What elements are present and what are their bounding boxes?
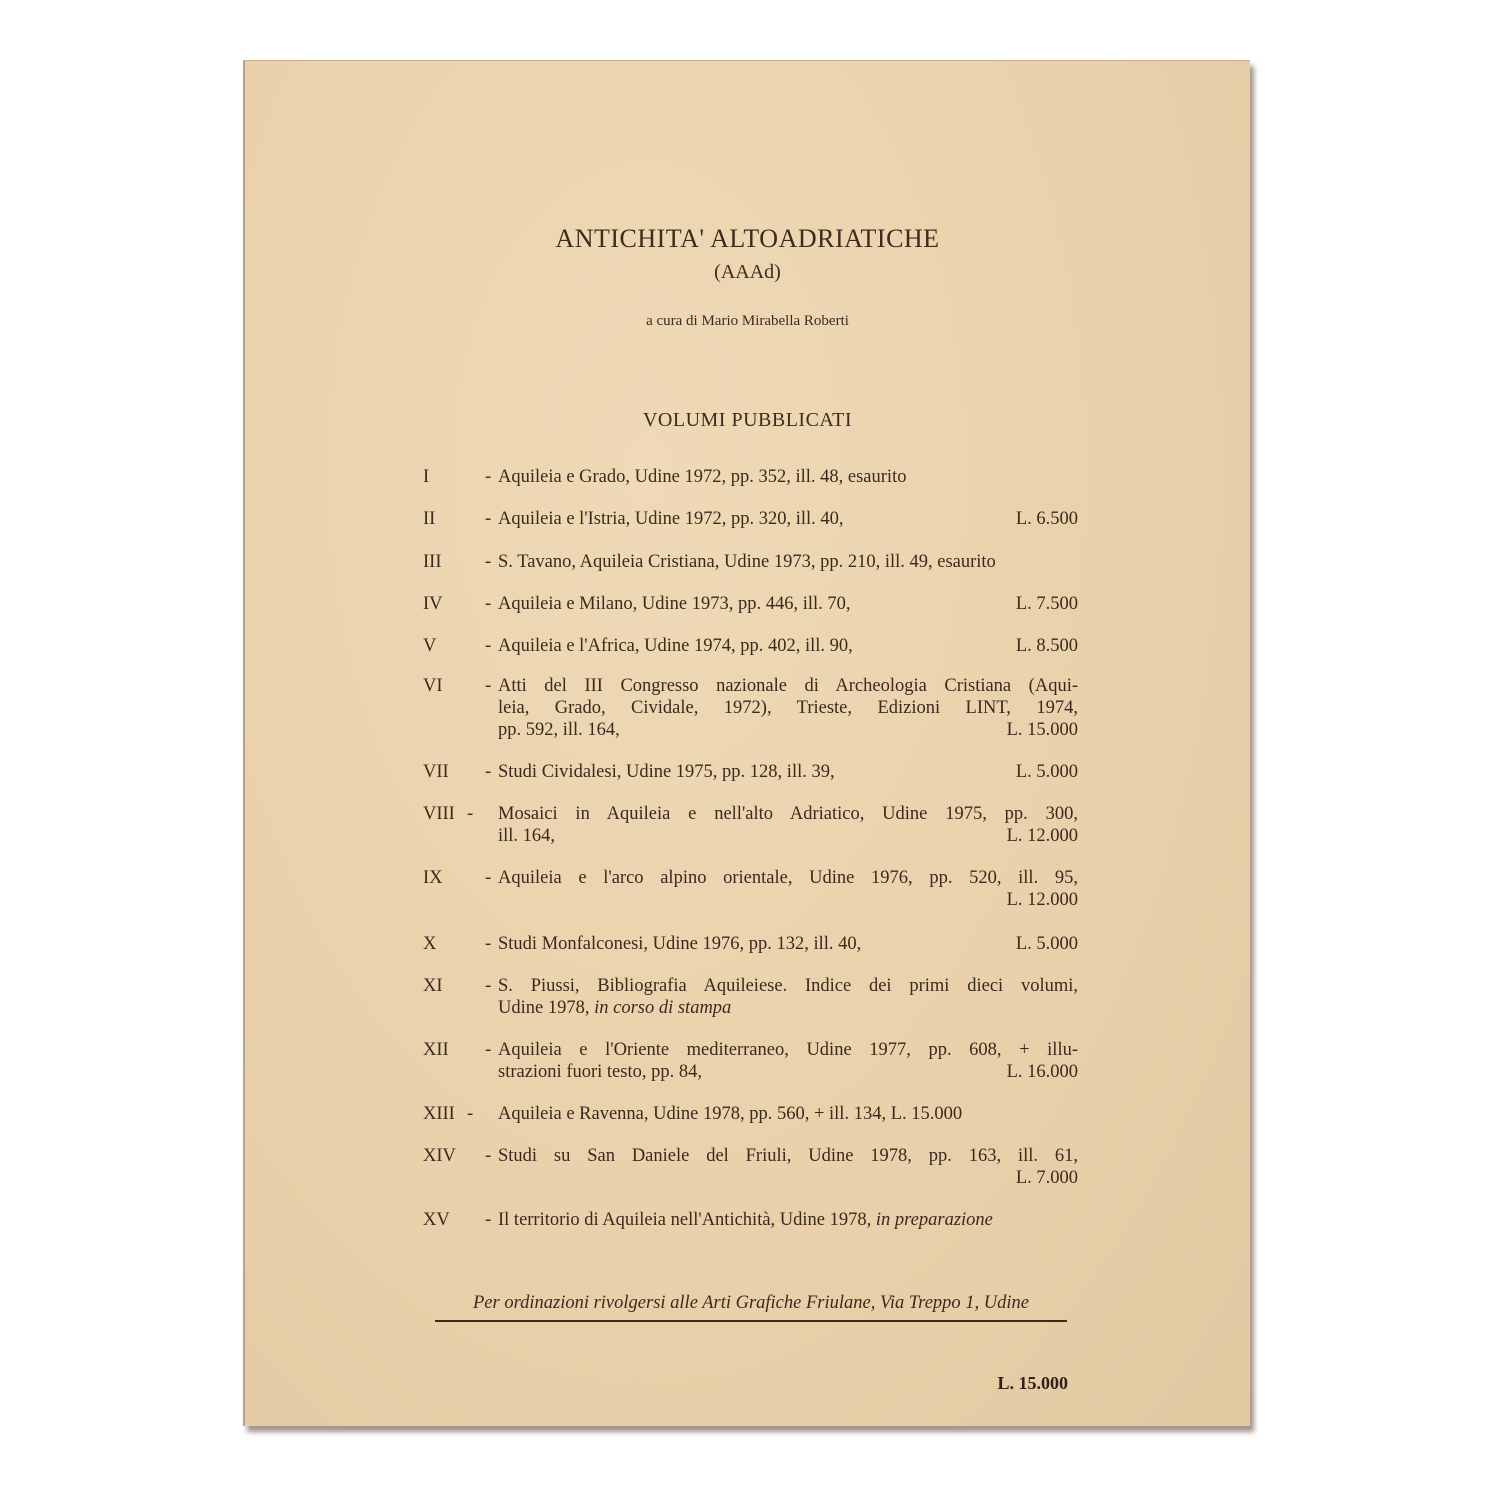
separator-dash: - <box>485 1039 491 1061</box>
volume-description: Studi Monfalconesi, Udine 1976, pp. 132,… <box>498 933 1078 955</box>
separator-dash: - <box>485 1209 491 1231</box>
volume-number: I <box>423 466 483 488</box>
series-title: ANTICHITA' ALTOADRIATICHE <box>245 224 1250 254</box>
volume-number: XI <box>423 975 483 997</box>
volume-description: Studi su San Daniele del Friuli, Udine 1… <box>498 1145 1078 1189</box>
volume-description: Aquileia e Grado, Udine 1972, pp. 352, i… <box>498 466 1078 488</box>
volume-number: V <box>423 635 483 657</box>
volume-number: XII <box>423 1039 483 1061</box>
volume-entry: III-S. Tavano, Aquileia Cristiana, Udine… <box>423 551 1078 573</box>
separator-dash: - <box>485 933 491 955</box>
separator-dash: - <box>467 1103 473 1125</box>
volume-price: L. 7.000 <box>1016 1167 1078 1189</box>
order-note: Per ordinazioni rivolgersi alle Arti Gra… <box>435 1293 1067 1322</box>
volume-description: Atti del III Congresso nazionale di Arch… <box>498 675 1078 741</box>
volume-entry: XII-Aquileia e l'Oriente mediterraneo, U… <box>423 1039 1078 1083</box>
separator-dash: - <box>485 551 491 573</box>
separator-dash: - <box>485 593 491 615</box>
volume-entry: IX-Aquileia e l'arco alpino orientale, U… <box>423 867 1078 911</box>
volume-entry: I-Aquileia e Grado, Udine 1972, pp. 352,… <box>423 466 1078 488</box>
series-abbreviation: (AAAd) <box>245 261 1250 284</box>
volume-description: Mosaici in Aquileia e nell'alto Adriatic… <box>498 803 1078 847</box>
volume-price: L. 5.000 <box>1016 933 1078 955</box>
volume-entry: V-Aquileia e l'Africa, Udine 1974, pp. 4… <box>423 635 1078 657</box>
volume-entry: XIV-Studi su San Daniele del Friuli, Udi… <box>423 1145 1078 1189</box>
cover-price: L. 15.000 <box>997 1373 1068 1394</box>
volume-price: L. 6.500 <box>1016 508 1078 530</box>
volume-number: X <box>423 933 483 955</box>
separator-dash: - <box>485 675 491 697</box>
volume-description: Studi Cividalesi, Udine 1975, pp. 128, i… <box>498 761 1078 783</box>
separator-dash: - <box>485 867 491 889</box>
volume-number: XV <box>423 1209 483 1231</box>
volume-description: Aquileia e Milano, Udine 1973, pp. 446, … <box>498 593 1078 615</box>
volume-number: XIII <box>423 1103 483 1125</box>
volume-price: L. 12.000 <box>1007 889 1078 911</box>
volume-number: VII <box>423 761 483 783</box>
volume-number: XIV <box>423 1145 483 1167</box>
volume-price: L. 15.000 <box>1007 719 1078 741</box>
volume-number: VI <box>423 675 483 697</box>
volume-description: Aquileia e l'Africa, Udine 1974, pp. 402… <box>498 635 1078 657</box>
editor-credit: a cura di Mario Mirabella Roberti <box>245 313 1250 330</box>
separator-dash: - <box>485 466 491 488</box>
volume-price: L. 7.500 <box>1016 593 1078 615</box>
volume-number: III <box>423 551 483 573</box>
volume-description: Il territorio di Aquileia nell'Antichità… <box>498 1209 1078 1231</box>
volume-entry: XI-S. Piussi, Bibliografia Aquileiese. I… <box>423 975 1078 1019</box>
volume-description: S. Piussi, Bibliografia Aquileiese. Indi… <box>498 975 1078 1019</box>
volume-number: IX <box>423 867 483 889</box>
book-back-cover: ANTICHITA' ALTOADRIATICHE (AAAd) a cura … <box>243 60 1250 1426</box>
volume-entry: IV-Aquileia e Milano, Udine 1973, pp. 44… <box>423 593 1078 615</box>
volume-description: S. Tavano, Aquileia Cristiana, Udine 197… <box>498 551 1078 573</box>
status-note: in preparazione <box>876 1210 993 1230</box>
volume-entry: VIII-Mosaici in Aquileia e nell'alto Adr… <box>423 803 1078 847</box>
volume-description: Aquileia e l'Oriente mediterraneo, Udine… <box>498 1039 1078 1083</box>
volume-description: Aquileia e Ravenna, Udine 1978, pp. 560,… <box>498 1103 1078 1125</box>
volume-entry: VII-Studi Cividalesi, Udine 1975, pp. 12… <box>423 761 1078 783</box>
volume-price: L. 8.500 <box>1016 635 1078 657</box>
volume-price: L. 12.000 <box>1007 825 1078 847</box>
separator-dash: - <box>485 1145 491 1167</box>
separator-dash: - <box>467 803 473 825</box>
volume-description: Aquileia e l'arco alpino orientale, Udin… <box>498 867 1078 911</box>
volume-entry: VI-Atti del III Congresso nazionale di A… <box>423 675 1078 741</box>
volume-entry: XIII-Aquileia e Ravenna, Udine 1978, pp.… <box>423 1103 1078 1125</box>
separator-dash: - <box>485 635 491 657</box>
section-heading: VOLUMI PUBBLICATI <box>245 409 1250 432</box>
volume-entry: XV-Il territorio di Aquileia nell'Antich… <box>423 1209 1078 1231</box>
separator-dash: - <box>485 761 491 783</box>
volume-number: II <box>423 508 483 530</box>
volume-entry: X-Studi Monfalconesi, Udine 1976, pp. 13… <box>423 933 1078 955</box>
status-note: in corso di stampa <box>594 998 731 1018</box>
volume-entry: II-Aquileia e l'Istria, Udine 1972, pp. … <box>423 508 1078 530</box>
volume-price: L. 5.000 <box>1016 761 1078 783</box>
volume-description: Aquileia e l'Istria, Udine 1972, pp. 320… <box>498 508 1078 530</box>
volume-price: L. 16.000 <box>1007 1061 1078 1083</box>
volume-number: IV <box>423 593 483 615</box>
volume-number: VIII <box>423 803 483 825</box>
separator-dash: - <box>485 508 491 530</box>
separator-dash: - <box>485 975 491 997</box>
